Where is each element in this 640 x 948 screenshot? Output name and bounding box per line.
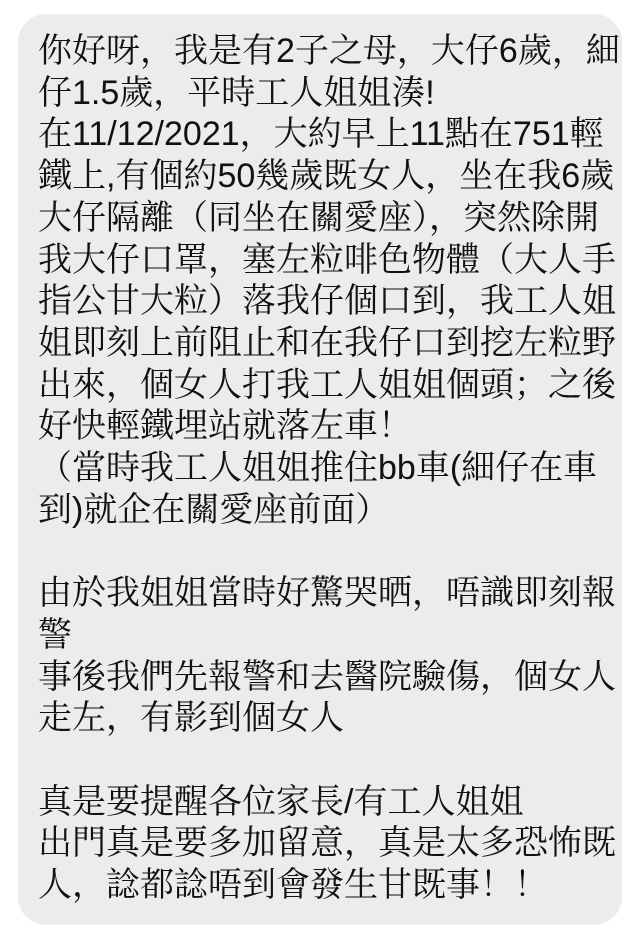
message-bubble: 你好呀，我是有2子之母，大仔6歲，細 仔1.5歲，平時工人姐姐湊! 在11/12… bbox=[18, 14, 622, 925]
message-line: 由於我姐姐當時好驚哭晒，唔識即刻報 bbox=[38, 573, 602, 615]
message-line: 出門真是要多加留意，真是太多恐怖既 bbox=[38, 823, 602, 865]
message-line bbox=[38, 531, 602, 573]
message-line: 在11/12/2021，大約早上11點在751輕 bbox=[38, 114, 602, 156]
message-line: （當時我工人姐姐推住bb車(細仔在車 bbox=[38, 448, 602, 490]
message-line: 警 bbox=[38, 615, 602, 657]
message-line: 指公甘大粒）落我仔個口到，我工人姐 bbox=[38, 281, 602, 323]
message-line: 你好呀，我是有2子之母，大仔6歲，細 bbox=[38, 31, 602, 73]
message-line: 我大仔口罩，塞左粒啡色物體（大人手 bbox=[38, 240, 602, 282]
message-line: 仔1.5歲，平時工人姐姐湊! bbox=[38, 73, 602, 115]
message-line: 姐即刻上前阻止和在我仔口到挖左粒野 bbox=[38, 323, 602, 365]
message-line: 鐵上,有個約50幾歲既女人，坐在我6歲 bbox=[38, 156, 602, 198]
message-line: 事後我們先報警和去醫院驗傷，個女人 bbox=[38, 657, 602, 699]
message-line: 真是要提醒各位家長/有工人姐姐 bbox=[38, 782, 602, 824]
message-line: 大仔隔離（同坐在關愛座），突然除開 bbox=[38, 198, 602, 240]
message-line-blank bbox=[38, 740, 602, 782]
message-line-blank: 到)就企在關愛座前面） bbox=[38, 490, 602, 532]
message-line: 好快輕鐵埋站就落左車！ bbox=[38, 406, 602, 448]
message-line: 人，諗都諗唔到會發生甘既事！！ bbox=[38, 865, 602, 907]
message-line: 走左，有影到個女人 bbox=[38, 698, 602, 740]
message-line: 出來，個女人打我工人姐姐個頭；之後 bbox=[38, 365, 602, 407]
